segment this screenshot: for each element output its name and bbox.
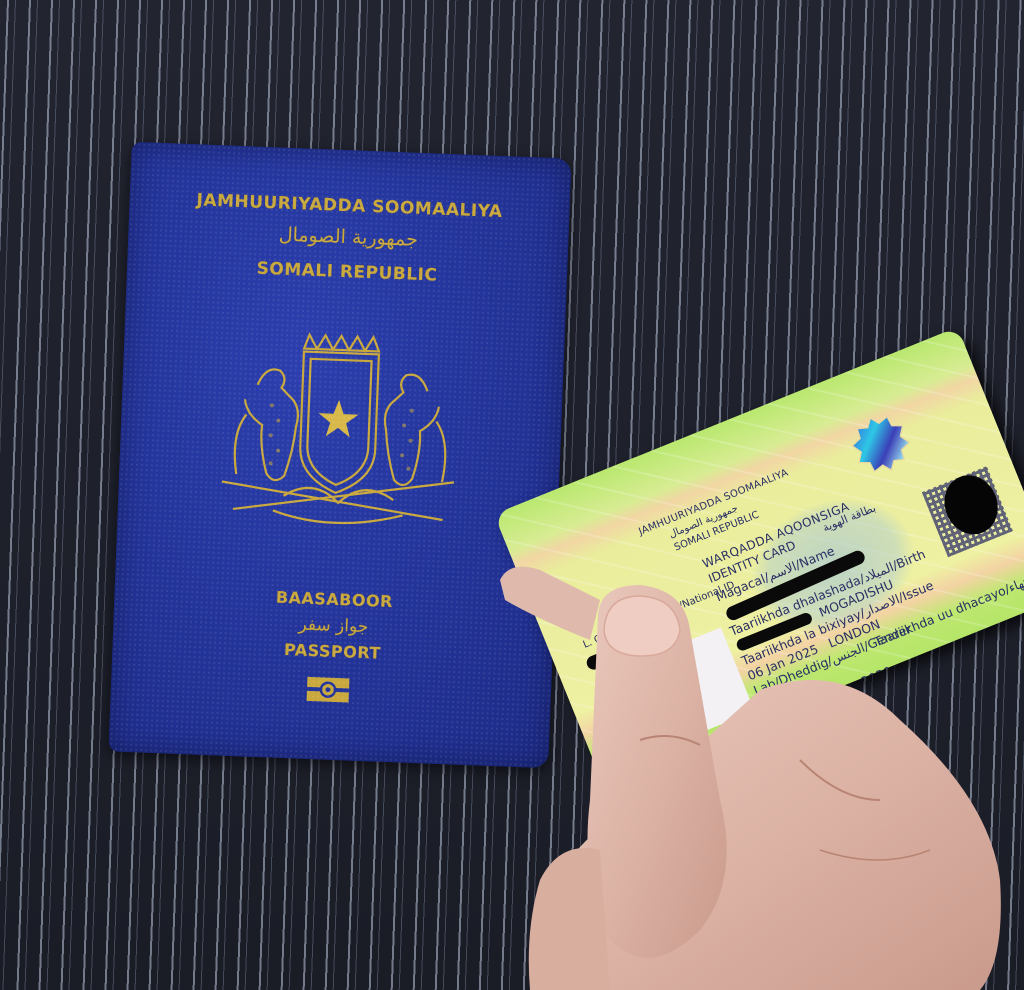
- passport-country-arabic: جمهورية الصومال: [128, 218, 569, 257]
- biometric-chip-icon: [305, 676, 350, 704]
- passport-country-english: SOMALI REPUBLIC: [127, 254, 567, 291]
- passport: JAMHUURIYADDA SOOMAALIYA جمهورية الصومال…: [108, 142, 571, 768]
- id-card: JAMHUURIYADDA SOOMAALIYA جمهورية الصومال…: [494, 327, 1024, 783]
- passport-country-somali: JAMHUURIYADDA SOOMAALIYA: [129, 188, 569, 225]
- hologram-seal-icon: [842, 405, 920, 483]
- scene: JAMHUURIYADDA SOOMAALIYA جمهورية الصومال…: [0, 0, 1024, 990]
- coat-of-arms-icon: [212, 323, 470, 552]
- expiry-date: 05 Jan 2030: [819, 663, 894, 705]
